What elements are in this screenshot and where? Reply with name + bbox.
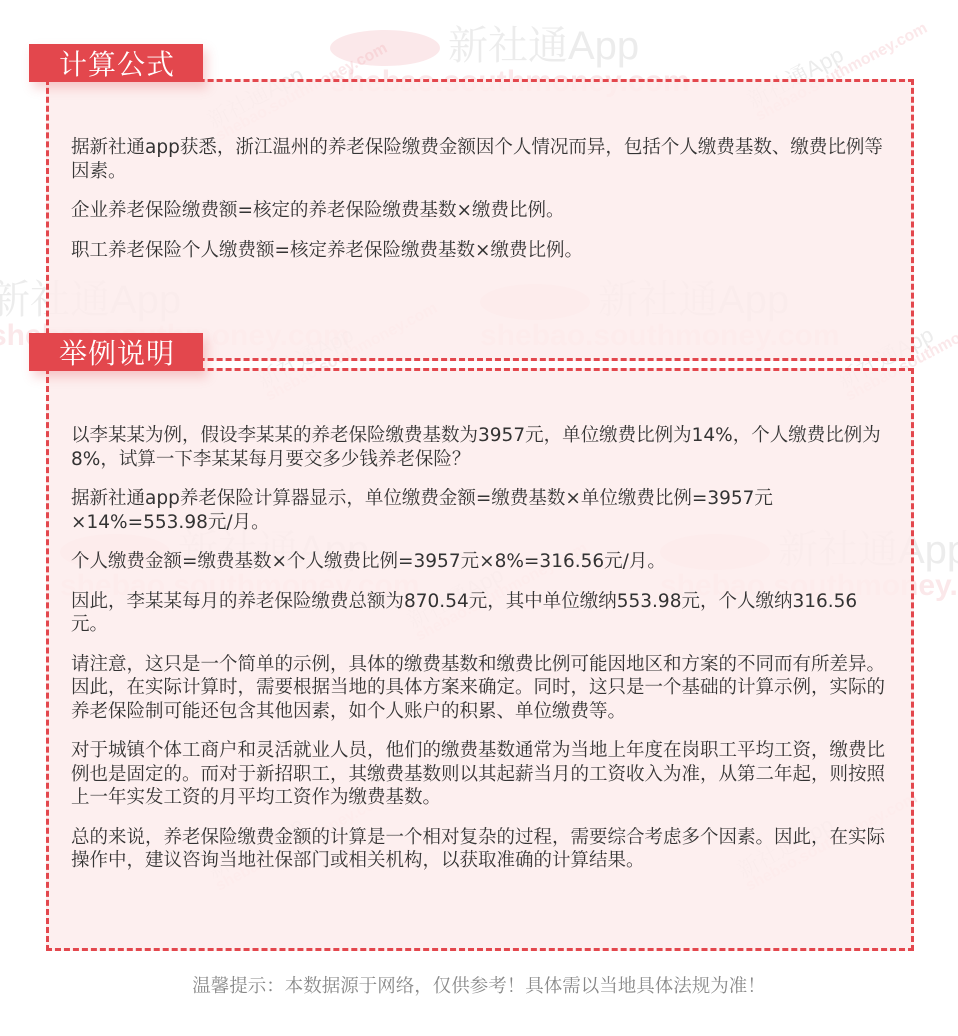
paragraph: 企业养老保险缴费额=核定的养老保险缴费基数×缴费比例。: [71, 199, 893, 223]
paragraph: 请注意，这只是一个简单的示例，具体的缴费基数和缴费比例可能因地区和方案的不同而有…: [71, 653, 893, 724]
content-box: 据新社通app获悉，浙江温州的养老保险缴费金额因个人情况而异，包括个人缴费基数、…: [46, 79, 914, 361]
section-content: 以李某某为例，假设李某某的养老保险缴费基数为3957元，单位缴费比例为14%，个…: [71, 424, 893, 889]
content-box: 以李某某为例，假设李某某的养老保险缴费基数为3957元，单位缴费比例为14%，个…: [46, 368, 914, 951]
paragraph: 据新社通app获悉，浙江温州的养老保险缴费金额因个人情况而异，包括个人缴费基数、…: [71, 136, 893, 183]
section-content: 据新社通app获悉，浙江温州的养老保险缴费金额因个人情况而异，包括个人缴费基数、…: [71, 136, 893, 278]
section-title: 计算公式: [59, 43, 175, 83]
section-title: 举例说明: [59, 332, 175, 372]
section-title-tag: 计算公式: [29, 44, 203, 82]
paragraph: 职工养老保险个人缴费额=核定养老保险缴费基数×缴费比例。: [71, 239, 893, 263]
paragraph: 以李某某为例，假设李某某的养老保险缴费基数为3957元，单位缴费比例为14%，个…: [71, 424, 893, 471]
paragraph: 因此，李某某每月的养老保险缴费总额为870.54元，其中单位缴纳553.98元，…: [71, 590, 893, 637]
section-title-tag: 举例说明: [29, 333, 203, 371]
paragraph: 个人缴费金额=缴费基数×个人缴费比例=3957元×8%=316.56元/月。: [71, 550, 893, 574]
paragraph: 据新社通app养老保险计算器显示，单位缴费金额=缴费基数×单位缴费比例=3957…: [71, 487, 893, 534]
disclaimer-notice: 温馨提示：本数据源于网络，仅供参考！具体需以当地具体法规为准！: [0, 972, 958, 998]
paragraph: 对于城镇个体工商户和灵活就业人员，他们的缴费基数通常为当地上年度在岗职工平均工资…: [71, 739, 893, 810]
paragraph: 总的来说，养老保险缴费金额的计算是一个相对复杂的过程，需要综合考虑多个因素。因此…: [71, 826, 893, 873]
sl-logo-icon: [330, 30, 440, 66]
